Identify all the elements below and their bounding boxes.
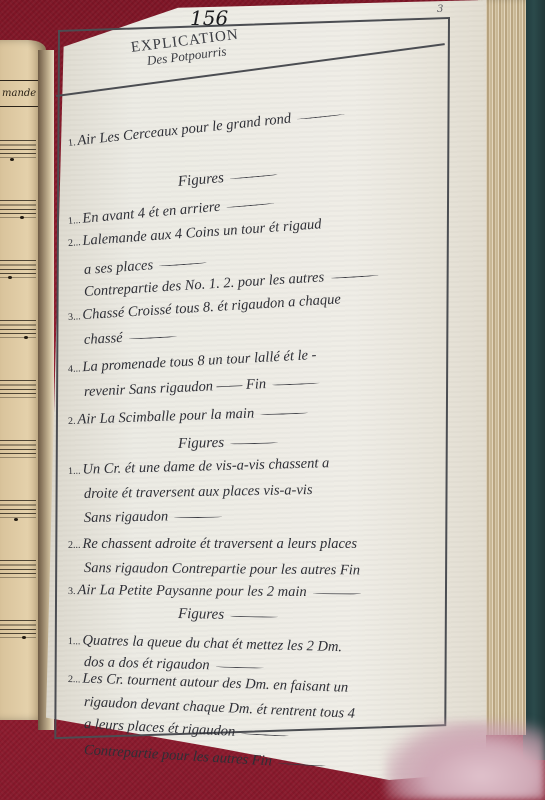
line-number: 1... — [68, 636, 81, 647]
music-staff — [0, 560, 36, 578]
line-number: 2... — [68, 540, 81, 551]
pen-flourish — [226, 202, 274, 208]
pen-flourish — [313, 592, 361, 594]
music-staff — [0, 260, 36, 278]
line-number: 3. — [68, 586, 76, 597]
pen-flourish — [241, 732, 289, 737]
music-staff — [0, 320, 36, 338]
finger-blur — [385, 720, 545, 800]
figures-heading: Figures — [178, 433, 279, 453]
line-text: Re chassent adroite ét traversent a leur… — [83, 536, 358, 552]
line-text: Sans rigaudon Contrepartie pour les autr… — [84, 560, 360, 578]
pen-flourish — [297, 113, 345, 120]
music-note — [10, 158, 14, 161]
music-staff — [0, 140, 36, 158]
manuscript-line: 3.Air La Petite Paysanne pour les 2 main — [68, 582, 361, 602]
pen-flourish — [174, 515, 222, 518]
music-note — [22, 636, 26, 639]
music-note — [14, 518, 18, 521]
line-number: 3... — [68, 311, 81, 323]
pen-flourish — [230, 173, 278, 179]
pen-flourish — [230, 614, 278, 617]
music-note — [20, 216, 24, 219]
line-text: droite ét traversent aux places vis-a-vi… — [84, 482, 313, 502]
music-staff — [0, 620, 36, 638]
line-text: Figures — [178, 435, 225, 452]
pen-flourish — [129, 335, 177, 340]
music-note — [8, 276, 12, 279]
line-number: 2... — [68, 674, 81, 685]
line-text: Sans rigaudon — [84, 509, 168, 526]
music-staff — [0, 500, 36, 518]
line-text: Figures — [178, 606, 224, 623]
left-page-title: mande — [2, 88, 36, 99]
line-number: 4... — [68, 363, 81, 375]
manuscript-line: Sans rigaudon — [84, 508, 222, 527]
line-text: a ses places — [83, 257, 153, 278]
music-note — [24, 336, 28, 339]
pen-flourish — [230, 441, 278, 444]
line-number: 1... — [68, 466, 81, 477]
line-text: Figures — [177, 170, 224, 190]
pen-flourish — [159, 261, 207, 266]
left-page-rule — [0, 80, 40, 81]
folio-number: 156 — [190, 6, 228, 30]
pen-flourish — [272, 381, 320, 385]
music-staff — [0, 200, 36, 218]
music-staff — [0, 440, 36, 458]
manuscript-line: Sans rigaudon Contrepartie pour les autr… — [84, 560, 360, 579]
line-text: chassé — [84, 330, 123, 348]
line-number: 1... — [68, 215, 81, 227]
left-page-rule — [0, 106, 40, 107]
line-number: 2... — [68, 237, 81, 249]
corner-mark: 3 — [437, 4, 443, 15]
line-number: 2. — [68, 416, 76, 427]
music-staff — [0, 380, 36, 398]
book-cover-edge — [523, 0, 545, 760]
line-number: 1. — [68, 137, 77, 149]
pen-flourish — [278, 762, 326, 767]
pen-flourish — [330, 274, 378, 279]
manuscript-line: 2...Re chassent adroite ét traversent a … — [68, 536, 357, 553]
figures-heading: Figures — [178, 606, 278, 625]
pen-flourish — [260, 411, 308, 415]
line-text: Air La Petite Paysanne pour les 2 main — [77, 582, 306, 600]
pen-flourish — [216, 665, 264, 668]
